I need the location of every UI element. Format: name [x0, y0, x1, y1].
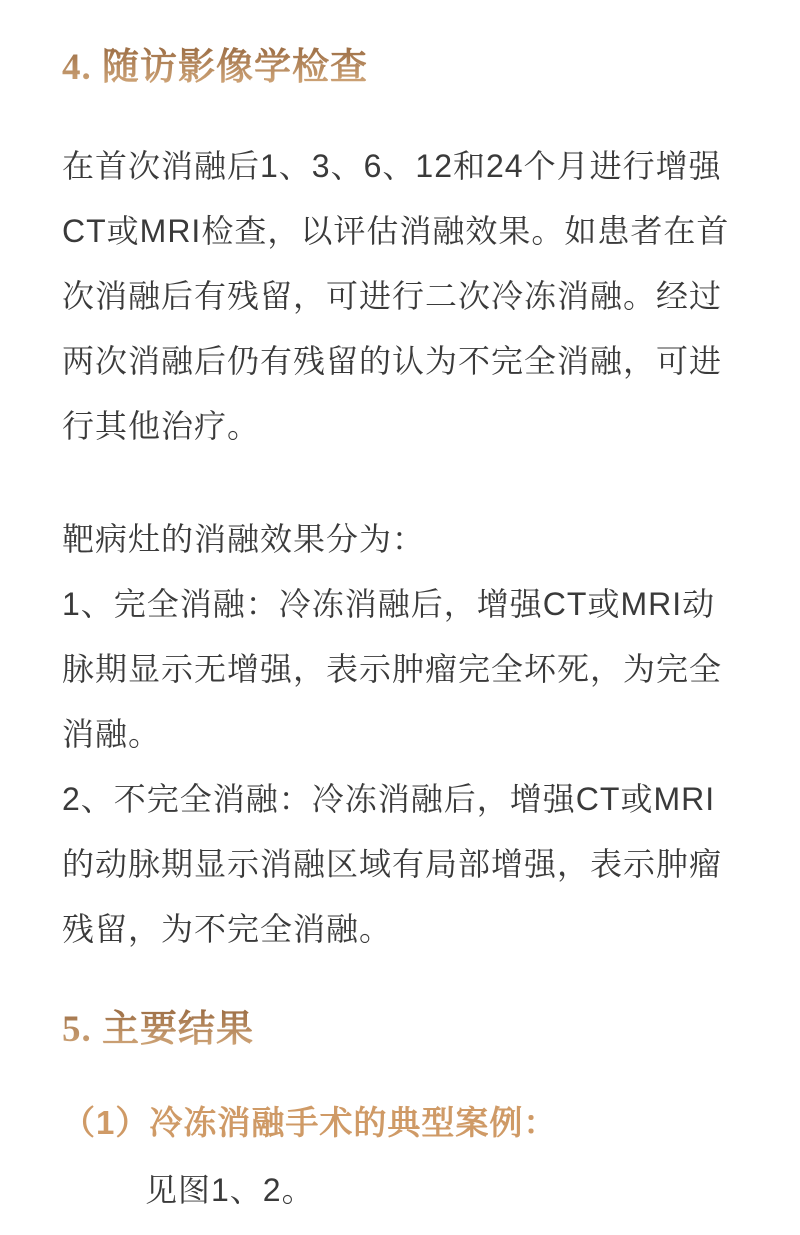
paragraph-followup-schedule: 在首次消融后1、3、6、12和24个月进行增强 CT或MRI检查，以评估消融效果… — [62, 134, 742, 459]
section-title-followup-imaging: 4. 随访影像学检查 — [62, 44, 742, 92]
paragraph-ablation-criteria: 靶病灶的消融效果分为： 1、完全消融：冷冻消融后，增强CT或MRI动 脉期显示无… — [62, 507, 742, 962]
subheading-typical-cases: （1）冷冻消融手术的典型案例： — [62, 1101, 742, 1145]
article-page: 4. 随访影像学检查 在首次消融后1、3、6、12和24个月进行增强 CT或MR… — [0, 0, 800, 1235]
section-title-main-results: 5. 主要结果 — [62, 1006, 742, 1054]
figure-reference-line: 见图1、2。 — [62, 1165, 742, 1215]
